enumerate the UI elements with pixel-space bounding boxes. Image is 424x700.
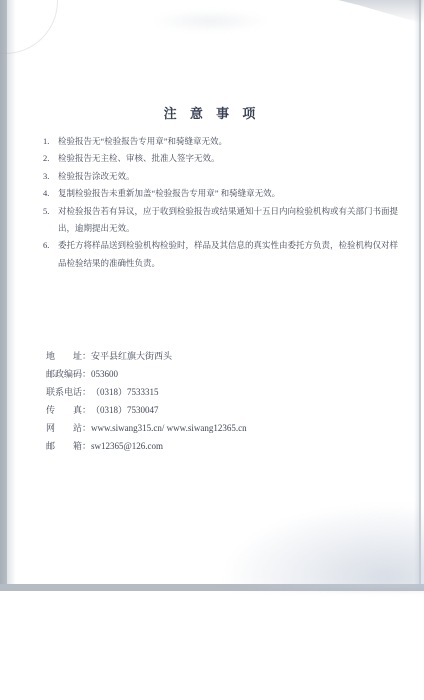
note-text: 检验报告涂改无效。: [58, 168, 401, 185]
note-item: 3. 检验报告涂改无效。: [43, 168, 401, 185]
contact-value: （0318）7530047: [91, 401, 159, 419]
note-item: 2. 检验报告无主检、审核、批准人签字无效。: [43, 150, 401, 167]
contact-value: 053600: [91, 365, 118, 383]
contact-block: 地 址： 安平县红旗大街西头 邮政编码： 053600 联系电话： （0318）…: [46, 347, 247, 455]
contact-row-email: 邮 箱： sw12365@126.com: [46, 437, 247, 455]
scan-edge-left-fade: [7, 0, 16, 591]
note-text: 委托方将样品送到检验机构检验时，样品及其信息的真实性由委托方负责，检验机构仅对样…: [58, 237, 401, 272]
contact-label: 地 址：: [46, 347, 91, 365]
contact-value: 安平县红旗大街西头: [91, 347, 172, 365]
contact-label: 网 站：: [46, 419, 91, 437]
note-number: 3.: [43, 168, 58, 185]
scan-curve-top-left: [0, 0, 58, 54]
note-item: 1. 检验报告无“检验报告专用章”和骑缝章无效。: [43, 133, 401, 150]
scan-edge-right: [419, 0, 421, 586]
contact-row-website: 网 站： www.siwang315.cn/ www.siwang12365.c…: [46, 419, 247, 437]
scan-edge-left: [0, 0, 7, 591]
note-number: 1.: [43, 133, 58, 150]
contact-row-postcode: 邮政编码： 053600: [46, 365, 247, 383]
note-text: 复制检验报告未重新加盖“检验报告专用章” 和骑缝章无效。: [58, 185, 401, 202]
contact-label: 联系电话：: [46, 383, 91, 401]
page-title: 注 意 事 项: [0, 103, 424, 122]
contact-row-phone: 联系电话： （0318）7533315: [46, 383, 247, 401]
contact-row-fax: 传 真： （0318）7530047: [46, 401, 247, 419]
note-text: 对检验报告若有异议，应于收到检验报告或结果通知十五日内向检验机构或有关部门书面提…: [58, 203, 401, 238]
scanner-background: [0, 591, 424, 700]
note-number: 2.: [43, 150, 58, 167]
note-item: 5. 对检验报告若有异议，应于收到检验报告或结果通知十五日内向检验机构或有关部门…: [43, 203, 401, 238]
note-number: 6.: [43, 237, 58, 272]
contact-label: 邮 箱：: [46, 437, 91, 455]
note-text: 检验报告无“检验报告专用章”和骑缝章无效。: [58, 133, 401, 150]
notes-list: 1. 检验报告无“检验报告专用章”和骑缝章无效。 2. 检验报告无主检、审核、批…: [43, 133, 401, 272]
note-number: 4.: [43, 185, 58, 202]
contact-label: 传 真：: [46, 401, 91, 419]
scan-shadow-top-right: [290, 0, 424, 24]
note-item: 6. 委托方将样品送到检验机构检验时，样品及其信息的真实性由委托方负责，检验机构…: [43, 237, 401, 272]
contact-label: 邮政编码：: [46, 365, 91, 383]
note-item: 4. 复制检验报告未重新加盖“检验报告专用章” 和骑缝章无效。: [43, 185, 401, 202]
scan-smudge-top-center: [150, 10, 270, 32]
note-text: 检验报告无主检、审核、批准人签字无效。: [58, 150, 401, 167]
note-number: 5.: [43, 203, 58, 238]
scan-smudge-bottom-right: [225, 505, 424, 590]
contact-value: （0318）7533315: [91, 383, 159, 401]
contact-value: sw12365@126.com: [91, 437, 163, 455]
scanned-page: 注 意 事 项 1. 检验报告无“检验报告专用章”和骑缝章无效。 2. 检验报告…: [0, 0, 424, 700]
contact-value: www.siwang315.cn/ www.siwang12365.cn: [91, 419, 247, 437]
contact-row-address: 地 址： 安平县红旗大街西头: [46, 347, 247, 365]
